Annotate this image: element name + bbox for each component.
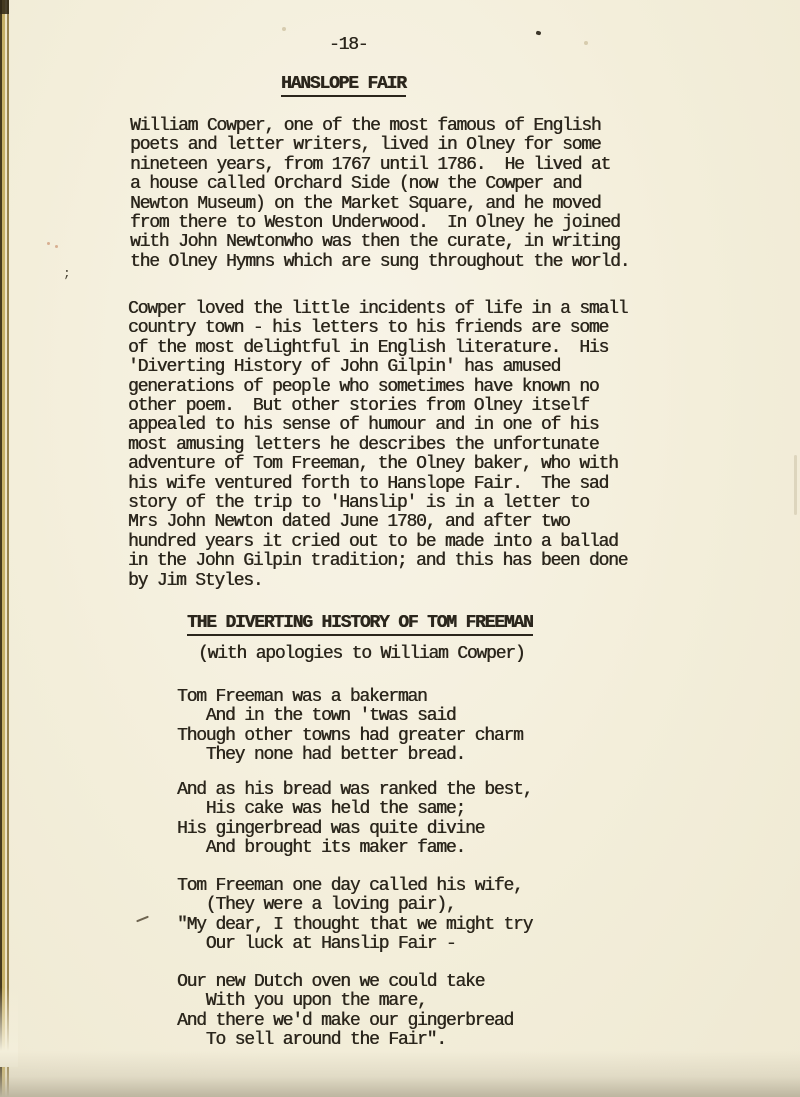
ink-speck xyxy=(55,245,58,248)
poem-stanza-2: And as his bread was ranked the best, Hi… xyxy=(177,781,532,859)
ink-speck xyxy=(282,27,286,31)
page-right-edge-mark xyxy=(794,455,797,515)
poem-stanza-1: Tom Freeman was a bakerman And in the to… xyxy=(177,688,523,766)
poem-subtitle: (with apologies to William Cowper) xyxy=(198,645,524,664)
poem-stanza-3: Tom Freeman one day called his wife, (Th… xyxy=(177,877,532,955)
ink-speck xyxy=(584,41,588,45)
poem-title: THE DIVERTING HISTORY OF TOM FREEMAN xyxy=(187,614,533,636)
page-number: -18- xyxy=(329,36,367,55)
poem-stanza-4: Our new Dutch oven we could take With yo… xyxy=(177,973,513,1051)
pen-tick-mark xyxy=(136,916,149,923)
scanned-document-page: ; -18- HANSLOPE FAIR William Cowper, one… xyxy=(0,0,800,1097)
page-bottom-shadow xyxy=(0,1051,800,1097)
page-spine-edge xyxy=(0,0,14,1097)
ink-speck xyxy=(536,30,542,35)
ink-smudge: ; xyxy=(63,266,71,281)
article-title: HANSLOPE FAIR xyxy=(281,75,406,97)
page-spine-edge-top xyxy=(0,0,9,14)
article-paragraph-1: William Cowper, one of the most famous o… xyxy=(130,117,629,272)
article-paragraph-2: Cowper loved the little incidents of lif… xyxy=(128,300,627,591)
ink-speck xyxy=(47,242,50,245)
